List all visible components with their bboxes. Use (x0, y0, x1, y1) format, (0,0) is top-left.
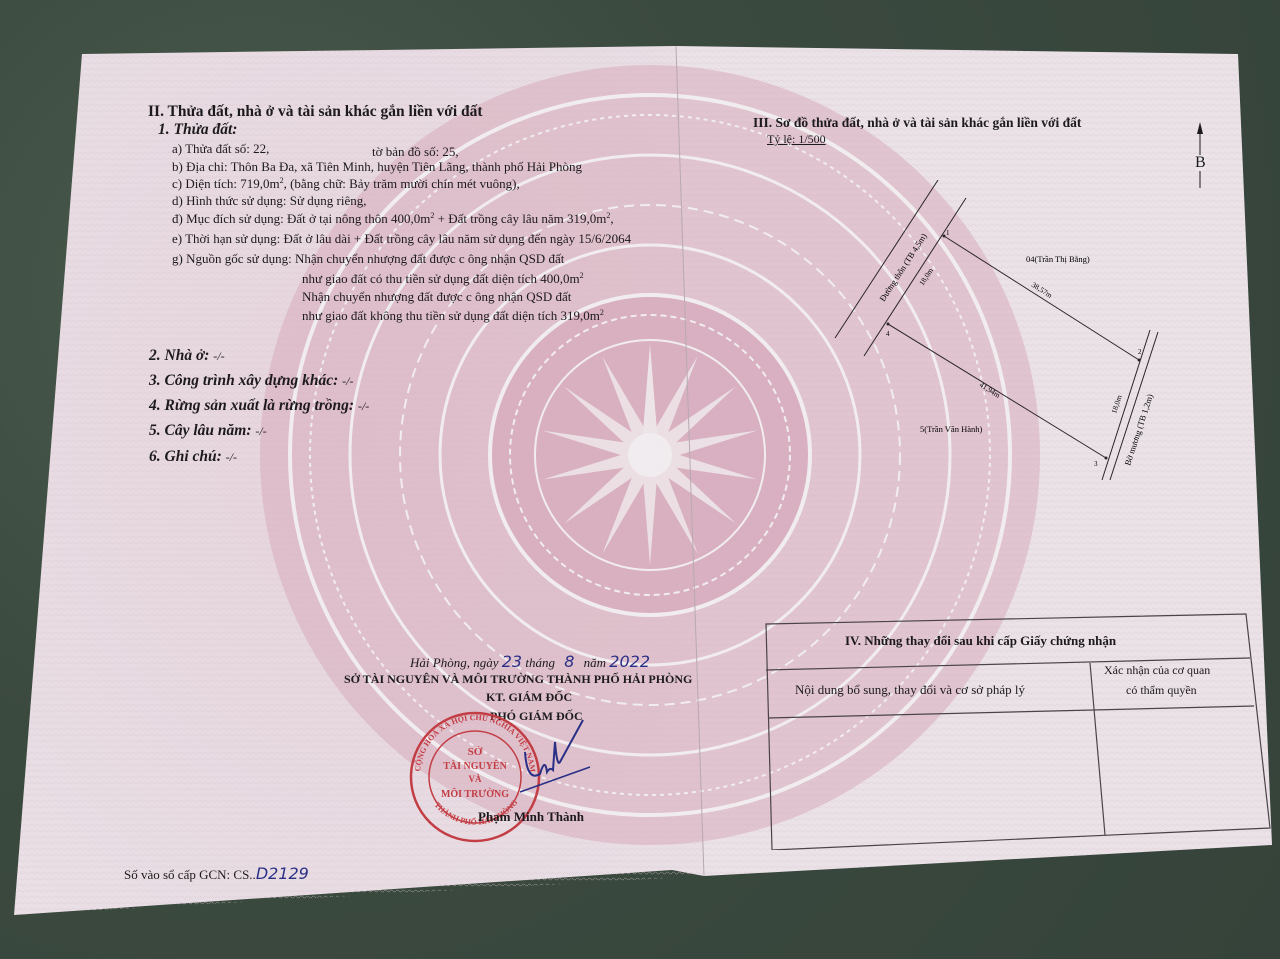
svg-text:SỞ: SỞ (468, 746, 483, 758)
usage-origin-line-3: Nhận chuyển nhượng đất được c ông nhận Q… (302, 290, 571, 303)
table-header-content: Nội dung bổ sung, thay đổi và cơ sở pháp… (795, 683, 1025, 696)
svg-text:3: 3 (1094, 460, 1098, 468)
registry-number: Số vào sổ cấp GCN: CS..D2129 (124, 866, 309, 882)
section-4-title: IV. Những thay đổi sau khi cấp Giấy chứn… (845, 634, 1116, 647)
parcel-heading: 1. Thửa đất: (158, 122, 237, 138)
usage-form: d) Hình thức sử dụng: Sử dụng riêng, (172, 194, 366, 207)
parcel-address: b) Địa chỉ: Thôn Ba Đa, xã Tiên Minh, hu… (172, 160, 582, 173)
svg-text:VÀ: VÀ (469, 774, 482, 784)
parcel-area: c) Diện tích: 719,0m2, (bằng chữ: Bảy tr… (172, 177, 520, 190)
svg-text:04(Trần Thị Bằng): 04(Trần Thị Bằng) (1026, 254, 1090, 264)
item-other-construction: 3. Công trình xây dựng khác: -/- (149, 373, 354, 389)
place-date: Hải Phòng, ngày 23 tháng 8 năm 2022 (410, 654, 650, 670)
usage-term: e) Thời hạn sử dụng: Đất ở lâu dài + Đất… (172, 232, 631, 245)
certificate-spread: II. Thửa đất, nhà ở và tài sản khác gắn … (0, 0, 1280, 959)
svg-text:1: 1 (946, 229, 950, 237)
svg-text:Bờ mương (TB 1,2m): Bờ mương (TB 1,2m) (1122, 393, 1155, 467)
usage-origin-line-1: g) Nguồn gốc sử dụng: Nhận chuyển nhượng… (172, 252, 564, 265)
usage-purpose: đ) Mục đích sử dụng: Đất ở tại nông thôn… (172, 212, 614, 225)
usage-origin-line-2: như giao đất có thu tiền sử dụng đất diệ… (302, 272, 584, 285)
item-perennial-trees: 5. Cây lâu năm: -/- (149, 423, 267, 439)
svg-text:38,57m: 38,57m (1030, 280, 1054, 300)
svg-text:2: 2 (1138, 348, 1142, 356)
north-label: B (1195, 155, 1206, 171)
svg-text:TÀI NGUYÊN: TÀI NGUYÊN (443, 760, 507, 772)
handwritten-day: 23 (502, 652, 522, 671)
table-header-confirmation-line1: Xác nhận của cơ quan (1104, 664, 1210, 676)
on-behalf-of-director: KT. GIÁM ĐỐC (486, 691, 572, 703)
svg-text:5(Trần Văn Hành): 5(Trần Văn Hành) (920, 424, 982, 434)
map-sheet-number: tờ bản đồ số: 25, (372, 145, 459, 158)
handwritten-registry-number: D2129 (256, 864, 309, 883)
usage-origin-line-4: như giao đất không thu tiền sử dụng đất … (302, 309, 604, 322)
section-2-title: II. Thửa đất, nhà ở và tài sản khác gắn … (148, 104, 483, 120)
table-header-confirmation-line2: có thẩm quyền (1126, 684, 1197, 696)
svg-text:41,94m: 41,94m (978, 380, 1002, 400)
svg-text:18,0m: 18,0m (1109, 394, 1123, 415)
handwritten-year: 2022 (609, 652, 650, 671)
handwritten-signature (505, 712, 595, 802)
handwritten-month: 8 (564, 652, 574, 671)
item-notes: 6. Ghi chú: -/- (149, 449, 237, 465)
svg-text:4: 4 (886, 330, 890, 338)
signer-name: Phạm Minh Thành (478, 810, 584, 823)
item-production-forest: 4. Rừng sản xuất là rừng trồng: -/- (149, 398, 369, 414)
section-3-title: III. Sơ đồ thửa đất, nhà ở và tài sản kh… (753, 116, 1081, 130)
issuing-agency: SỞ TÀI NGUYÊN VÀ MÔI TRƯỜNG THÀNH PHỐ HẢ… (344, 673, 692, 685)
parcel-number: a) Thửa đất số: 22, (172, 142, 269, 155)
item-house: 2. Nhà ở: -/- (149, 348, 225, 364)
map-scale: Tỷ lệ: 1/500 (767, 133, 826, 145)
parcel-diagram: 1 2 3 4 Đường thôn (TB 4,5m) 18,0m 04(Tr… (820, 180, 1180, 480)
svg-text:MÔI TRƯỜNG: MÔI TRƯỜNG (441, 787, 509, 800)
